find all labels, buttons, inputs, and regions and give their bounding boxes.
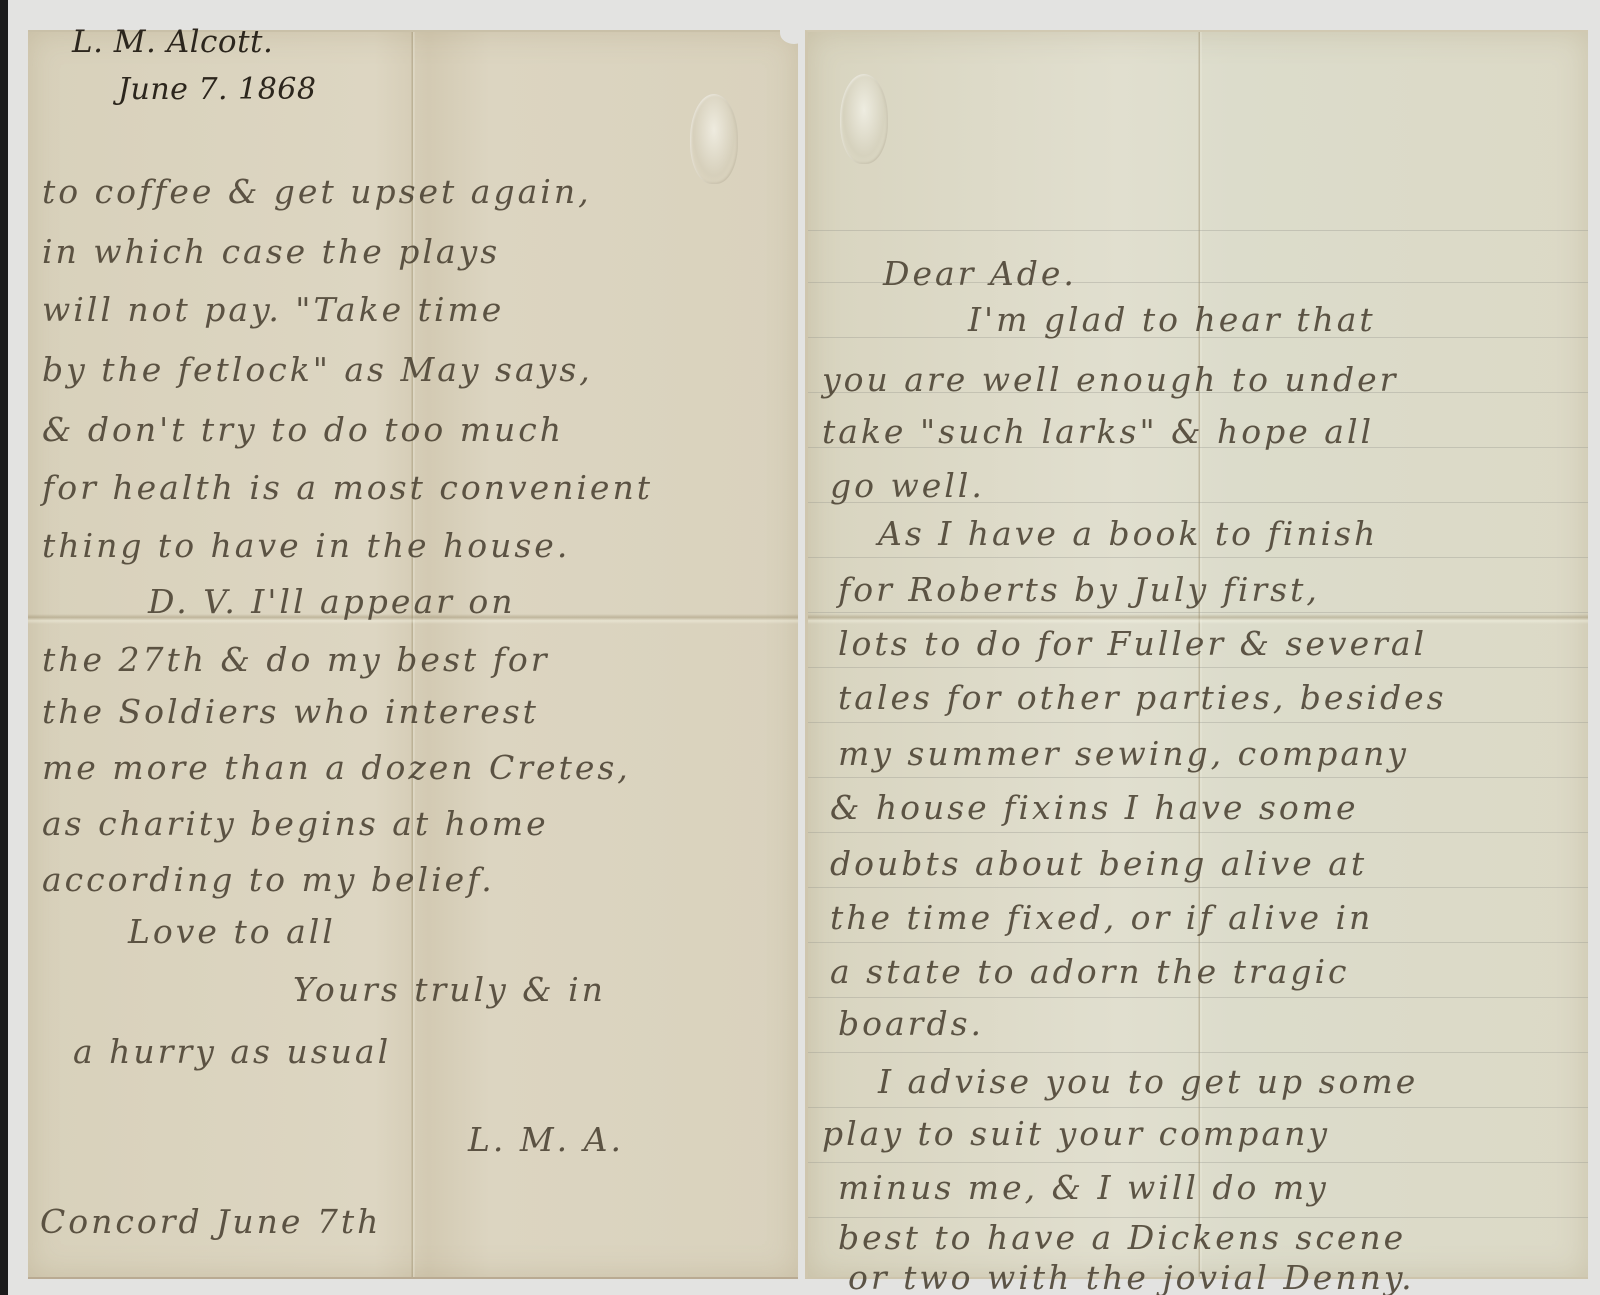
horizontal-fold — [808, 614, 1588, 624]
ruled-line — [808, 887, 1588, 888]
ruled-line — [808, 997, 1588, 998]
letter-line: to coffee & get upset again, — [42, 172, 592, 211]
letter-closing: Love to all — [128, 912, 336, 951]
letter-line: tales for other parties, besides — [838, 678, 1447, 717]
archive-author-annotation: L. M. Alcott. — [72, 24, 273, 60]
letter-line: me more than a dozen Cretes, — [42, 748, 631, 787]
ruled-line — [808, 942, 1588, 943]
letter-line: & don't try to do too much — [42, 410, 564, 449]
letter-line: the time fixed, or if alive in — [830, 898, 1373, 937]
ruled-line — [808, 777, 1588, 778]
archive-date-annotation: June 7. 1868 — [118, 72, 316, 107]
ruled-line — [808, 1107, 1588, 1108]
letter-line: you are well enough to under — [822, 360, 1398, 399]
letter-closing: Yours truly & in — [293, 970, 606, 1009]
letter-line: go well. — [830, 466, 985, 505]
letter-line: & house fixins I have some — [830, 788, 1359, 827]
letter-line: the Soldiers who interest — [42, 692, 539, 731]
letter-line: As I have a book to finish — [878, 514, 1378, 553]
ruled-line — [808, 1052, 1588, 1053]
ruled-line — [808, 1162, 1588, 1163]
letter-line: thing to have in the house. — [42, 526, 570, 565]
letter-line: my summer sewing, company — [838, 734, 1409, 773]
letter-line: according to my belief. — [42, 860, 495, 899]
letter-line: minus me, & I will do my — [838, 1168, 1329, 1207]
letter-line: a state to adorn the tragic — [830, 952, 1350, 991]
scan-border — [0, 0, 8, 1295]
letter-line: or two with the jovial Denny. — [848, 1258, 1415, 1295]
letter-line: boards. — [838, 1004, 984, 1043]
ruled-line — [808, 832, 1588, 833]
letter-line: doubts about being alive at — [830, 844, 1367, 883]
letter-line: will not pay. "Take time — [42, 290, 504, 329]
letter-line: for health is a most convenient — [42, 468, 653, 507]
letter-page-left: L. M. Alcott. June 7. 1868 to coffee & g… — [28, 30, 798, 1279]
letter-closing: a hurry as usual — [73, 1032, 391, 1071]
letter-line: I advise you to get up some — [878, 1062, 1418, 1101]
ruled-line — [808, 722, 1588, 723]
letter-line: take "such larks" & hope all — [822, 412, 1374, 451]
letter-line: for Roberts by July first, — [838, 570, 1320, 609]
embossed-stamp-icon — [840, 74, 888, 164]
ruled-line — [808, 612, 1588, 613]
letter-place-date: Concord June 7th — [40, 1202, 381, 1241]
letter-line: I'm glad to hear that — [968, 300, 1376, 339]
letter-page-right: Dear Ade. I'm glad to hear that you are … — [805, 30, 1588, 1279]
letter-line: play to suit your company — [822, 1114, 1330, 1153]
letter-line: D. V. I'll appear on — [148, 582, 516, 621]
letter-line: the 27th & do my best for — [42, 640, 550, 679]
paper-tear — [780, 22, 808, 44]
letter-signature: L. M. A. — [468, 1120, 624, 1159]
letter-salutation: Dear Ade. — [883, 254, 1077, 293]
letter-line: lots to do for Fuller & several — [838, 624, 1427, 663]
ruled-line — [808, 557, 1588, 558]
embossed-stamp-icon — [690, 94, 738, 184]
letter-line: in which case the plays — [42, 232, 500, 271]
letter-line: by the fetlock" as May says, — [42, 350, 593, 389]
letter-line: best to have a Dickens scene — [838, 1218, 1406, 1257]
letter-line: as charity begins at home — [42, 804, 549, 843]
ruled-line — [808, 230, 1588, 231]
ruled-line — [808, 667, 1588, 668]
